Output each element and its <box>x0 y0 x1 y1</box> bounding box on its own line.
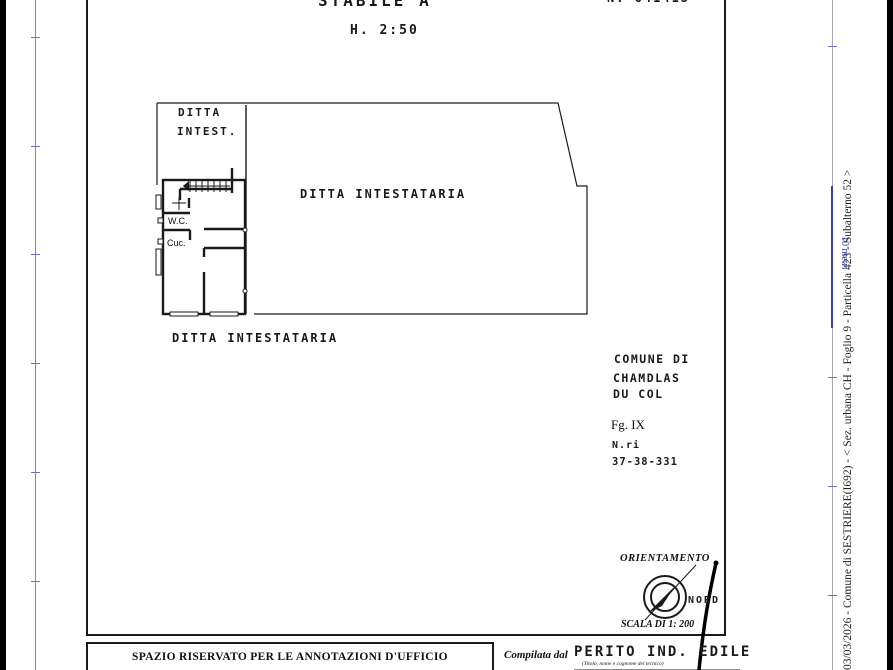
foglio-label: Fg. IX <box>611 417 645 433</box>
compiled-by-value: PERITO IND. EDILE <box>574 644 751 660</box>
room-kitchen-label: Cuc. <box>167 238 186 248</box>
compiled-by-label: Compilata dal <box>504 649 568 661</box>
comune-line3: DU COL <box>613 387 664 401</box>
office-annotations-label: SPAZIO RISERVATO PER LE ANNOTAZIONI D'UF… <box>132 651 448 663</box>
ditta-intest-label-line1: DITTA <box>178 106 221 119</box>
ditta-intestataria-lower-label: DITTA INTESTATARIA <box>172 331 338 345</box>
comune-line2: CHAMDLAS <box>613 371 680 385</box>
north-label: NORD <box>688 595 720 606</box>
ditta-intestataria-main-label: DITTA INTESTATARIA <box>300 187 466 201</box>
room-wc-label: W.C. <box>168 216 188 226</box>
numeri-value: 37-38-331 <box>612 456 678 468</box>
scale-label: SCALA DI 1: 200 <box>621 619 694 630</box>
numeri-label: N.ri <box>612 440 640 451</box>
ditta-intest-label-line2: INTEST. <box>177 125 237 138</box>
floor-plan <box>0 0 893 670</box>
office-annotations-box: SPAZIO RISERVATO PER LE ANNOTAZIONI D'UF… <box>86 642 494 670</box>
comune-line1: COMUNE DI <box>614 352 690 366</box>
orientation-label: ORIENTAMENTO <box>620 553 710 564</box>
compiled-by-note: (Titolo, nome e cognome del tecnico) <box>582 661 664 667</box>
